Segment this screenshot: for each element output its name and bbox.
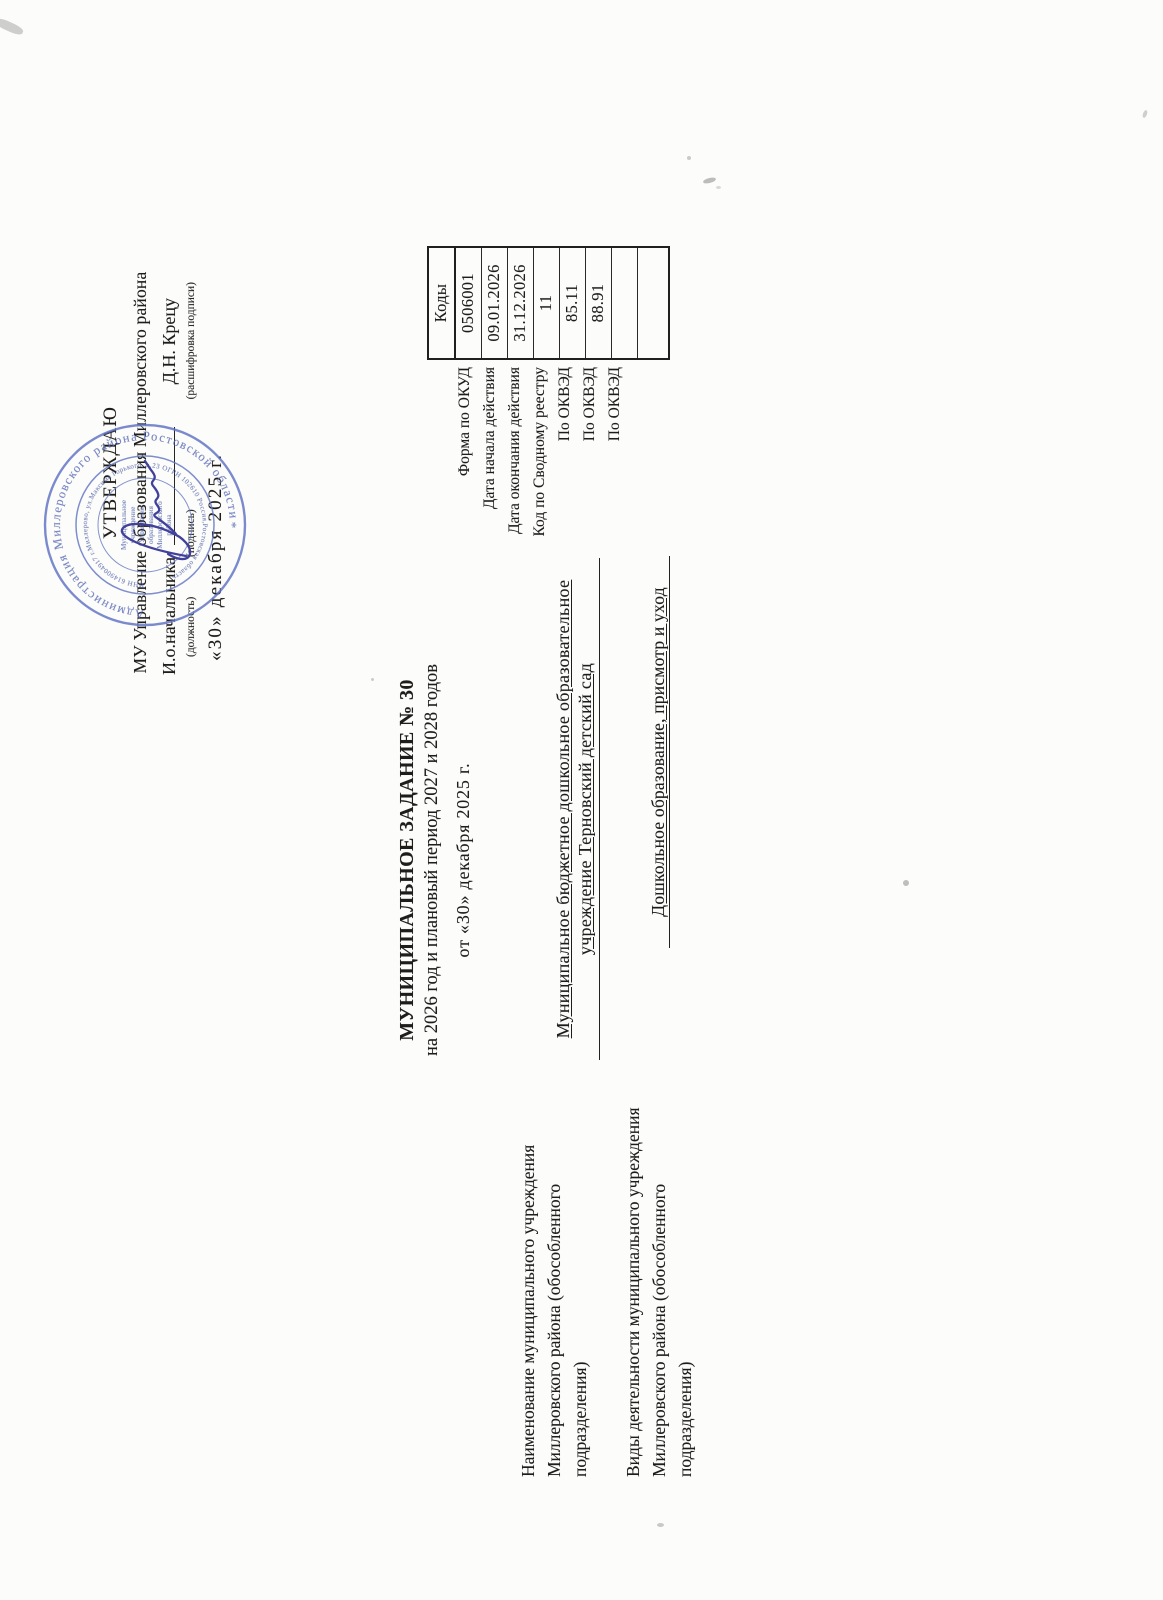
- activity-value: Дошкольное образование, присмотр и уход: [649, 556, 670, 948]
- codes-row-value: 11: [534, 248, 560, 358]
- codes-row-value: 85.11: [560, 248, 586, 358]
- name-label-line2: Миллеровского района (обособленного подр…: [541, 1072, 593, 1477]
- approval-signature-row: И.о.начальника Д.Н. Крецу: [157, 270, 180, 675]
- codes-table-box: Коды 050600109.01.202631.12.20261185.118…: [427, 246, 670, 360]
- title-date: от «30» декабря 2025 г.: [453, 650, 474, 1070]
- title-period: на 2026 год и плановый период 2027 и 202…: [420, 650, 445, 1070]
- approval-date: «30» декабря 2025 г.: [205, 270, 227, 675]
- signee-caption: (расшифровка подписи): [180, 282, 202, 399]
- activity-label-line2: Миллеровского района (обособленного подр…: [646, 1072, 698, 1477]
- document-scan: УТВЕРЖДАЮ МУ Управление образования Милл…: [0, 0, 1163, 1600]
- codes-row-label: Дата начала действия: [477, 360, 502, 550]
- name-value-line2: учреждение Терновский детский сад: [575, 558, 597, 1060]
- signature-caption: (подпись): [180, 509, 202, 557]
- codes-empty-cell: [638, 248, 668, 358]
- codes-row-label: Дата окончания действия: [502, 360, 527, 550]
- scanned-page: { "document": { "approval": { "approve_l…: [0, 0, 1163, 1600]
- stamp-star: *: [228, 522, 243, 529]
- approval-organization: МУ Управление образования Миллеровского …: [129, 270, 151, 675]
- codes-row-value: 0506001: [456, 248, 482, 358]
- name-value: Муниципальное бюджетное дошкольное образ…: [553, 558, 600, 1060]
- approval-captions-row: (должность) (подпись) (расшифровка подпи…: [180, 270, 196, 675]
- activity-label-line1: Виды деятельности муниципального учрежде…: [620, 1072, 646, 1477]
- approval-position: И.о.начальника: [158, 557, 180, 675]
- codes-table: Форма по ОКУДДата начала действияДата ок…: [427, 246, 670, 550]
- codes-row-label: По ОКВЭД: [602, 360, 627, 550]
- signature-line: [157, 427, 175, 545]
- approval-label: УТВЕРЖДАЮ: [100, 270, 122, 675]
- codes-row-label: По ОКВЭД: [552, 360, 577, 550]
- codes-row-value: 88.91: [586, 248, 612, 358]
- codes-table-labels: Форма по ОКУДДата начала действияДата ок…: [427, 360, 670, 550]
- position-caption: (должность): [180, 597, 202, 657]
- codes-header: Коды: [429, 248, 456, 358]
- title-block: МУНИЦИПАЛЬНОЕ ЗАДАНИЕ № 30 на 2026 год и…: [394, 650, 474, 1070]
- document-title: МУНИЦИПАЛЬНОЕ ЗАДАНИЕ № 30: [394, 650, 420, 1070]
- name-label: Наименование муниципального учреждения М…: [515, 1072, 593, 1477]
- codes-row-value: 31.12.2026: [508, 248, 534, 358]
- approval-block: УТВЕРЖДАЮ МУ Управление образования Милл…: [100, 270, 227, 675]
- codes-row-label: По ОКВЭД: [577, 360, 602, 550]
- approval-signee: Д.Н. Крецу: [158, 270, 180, 384]
- name-value-line1: Муниципальное бюджетное дошкольное образ…: [553, 558, 575, 1060]
- activity-value-text: Дошкольное образование, присмотр и уход: [648, 587, 668, 917]
- activity-label: Виды деятельности муниципального учрежде…: [620, 1072, 698, 1477]
- codes-row-label: Код по Сводному реестру: [527, 360, 552, 550]
- codes-row-label: Форма по ОКУД: [452, 360, 477, 550]
- name-label-line1: Наименование муниципального учреждения: [515, 1072, 541, 1477]
- codes-row-value: [612, 248, 638, 358]
- codes-row-value: 09.01.2026: [482, 248, 508, 358]
